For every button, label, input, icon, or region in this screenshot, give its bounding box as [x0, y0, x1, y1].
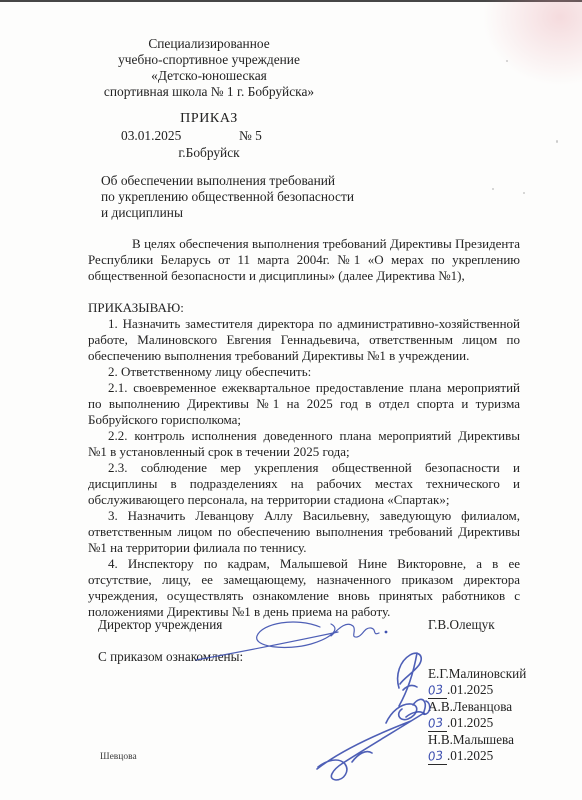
scan-speck	[523, 192, 525, 194]
order-item: 2.1. своевременное ежеквартальное предос…	[88, 380, 520, 428]
levantsova-signature	[386, 699, 430, 723]
order-body: В целях обеспечения выполнения требовани…	[88, 236, 520, 620]
organization-name-line: спортивная школа № 1 г. Бобруйска»	[58, 84, 360, 100]
order-item: 2. Ответственному лицу обеспечить:	[88, 364, 520, 380]
order-item-line: дисциплины в подразделениях на рабочих м…	[88, 476, 520, 492]
order-item-line: №1 на территории филиала по теннису.	[88, 540, 520, 556]
acknowledger-date: 03.01.2025	[428, 682, 526, 698]
date-blank-line: 03	[428, 682, 447, 699]
order-item: 1. Назначить заместителя директора по ад…	[88, 316, 520, 364]
organization-name-line: «Детско-юношеская	[58, 68, 360, 84]
scanned-order-document: Специализированноеучебно-спортивное учре…	[0, 0, 582, 800]
order-item-line: 4. Инспектору по кадрам, Малышевой Нине …	[88, 556, 520, 572]
acknowledger-date: 03.01.2025	[428, 748, 526, 764]
order-item-line: 2. Ответственному лицу обеспечить:	[88, 364, 520, 380]
subject-line: и дисциплины	[101, 205, 431, 221]
order-item-line: по выполнению Директивы №1 на 2025 год в…	[88, 396, 520, 412]
order-item-line: №1 в установленный срок в течении 2025 г…	[88, 444, 520, 460]
date-blank-line: 03	[428, 715, 447, 732]
malysheva-signature	[317, 712, 425, 780]
acknowledger-name: Н.В.Малышева	[428, 731, 526, 748]
order-items: 1. Назначить заместителя директора по ад…	[88, 316, 520, 620]
order-subject: Об обеспечении выполнения требованийпо у…	[101, 173, 431, 221]
acknowledger-name: Е.Г.Малиновский	[428, 665, 526, 682]
intro-line: Республики Беларусь от 11 марта 2004г. №…	[88, 252, 520, 268]
organization-name: Специализированноеучебно-спортивное учре…	[58, 36, 360, 100]
date-printed-part: .01.2025	[447, 682, 493, 697]
order-item-line: Бобруйского горисполкома;	[88, 412, 520, 428]
order-item-line: 2.1. своевременное ежеквартальное предос…	[88, 380, 520, 396]
subject-line: по укреплению общественной безопасности	[101, 189, 431, 205]
order-item-line: обслуживающего персонала, на территории …	[88, 492, 520, 508]
order-item-line: учреждения, осуществлять ознакомление вн…	[88, 588, 520, 604]
handwritten-day: 03	[427, 748, 444, 765]
intro-line: общественной безопасности и дисциплины» …	[88, 268, 520, 284]
order-item-line: 3. Назначить Леванцову Аллу Васильевну, …	[88, 508, 520, 524]
subject-line: Об обеспечении выполнения требований	[101, 173, 431, 189]
scan-speck	[556, 140, 558, 143]
date-printed-part: .01.2025	[447, 748, 493, 763]
handwritten-day: 03	[427, 715, 444, 732]
director-label: Директор учреждения	[98, 617, 222, 633]
order-item-line: 1. Назначить заместителя директора по ад…	[88, 316, 520, 332]
director-name: Г.В.Олещук	[428, 617, 495, 633]
order-date: 03.01.2025	[121, 128, 181, 144]
organization-name-line: учебно-спортивное учреждение	[58, 52, 360, 68]
executor-name: Шевцова	[100, 752, 137, 762]
scan-smudge	[472, 0, 582, 95]
date-printed-part: .01.2025	[447, 715, 493, 730]
order-item-line: ответственным лицом по обеспечению выпол…	[88, 524, 520, 540]
order-item-line: 2.2. контроль исполнения доведенного пла…	[88, 428, 520, 444]
acknowledged-label: С приказом ознакомлены:	[98, 649, 243, 665]
handwritten-day: 03	[427, 682, 444, 699]
order-city: г.Бобруйск	[58, 145, 360, 161]
organization-name-line: Специализированное	[58, 36, 360, 52]
order-item-line: отсутствие, лицу, ее замещающему, назнач…	[88, 572, 520, 588]
scan-speck	[492, 188, 494, 190]
order-item: 4. Инспектору по кадрам, Малышевой Нине …	[88, 556, 520, 620]
date-blank-line: 03	[428, 748, 447, 765]
order-title: ПРИКАЗ	[58, 111, 360, 127]
order-item: 2.3. соблюдение мер укрепления обществен…	[88, 460, 520, 508]
scan-speck	[506, 60, 508, 62]
acknowledger-name: А.В.Леванцова	[428, 698, 526, 715]
acknowledger-date: 03.01.2025	[428, 715, 526, 731]
order-item-line: обеспечению выполнения требований Директ…	[88, 348, 520, 364]
intro-paragraph: В целях обеспечения выполнения требовани…	[88, 236, 520, 284]
intro-line: В целях обеспечения выполнения требовани…	[88, 236, 520, 252]
acknowledgers-list: Е.Г.Малиновский03.01.2025А.В.Леванцова03…	[428, 665, 526, 764]
order-item-line: 2.3. соблюдение мер укрепления обществен…	[88, 460, 520, 476]
order-item: 2.2. контроль исполнения доведенного пла…	[88, 428, 520, 460]
order-number: № 5	[239, 128, 262, 144]
resolve-word: ПРИКАЗЫВАЮ:	[88, 300, 520, 316]
order-item: 3. Назначить Леванцову Аллу Васильевну, …	[88, 508, 520, 556]
malinovsky-signature	[398, 653, 422, 706]
director-signature-dot	[385, 631, 388, 634]
order-item-line: работе, Малиновского Евгения Геннадьевич…	[88, 332, 520, 348]
